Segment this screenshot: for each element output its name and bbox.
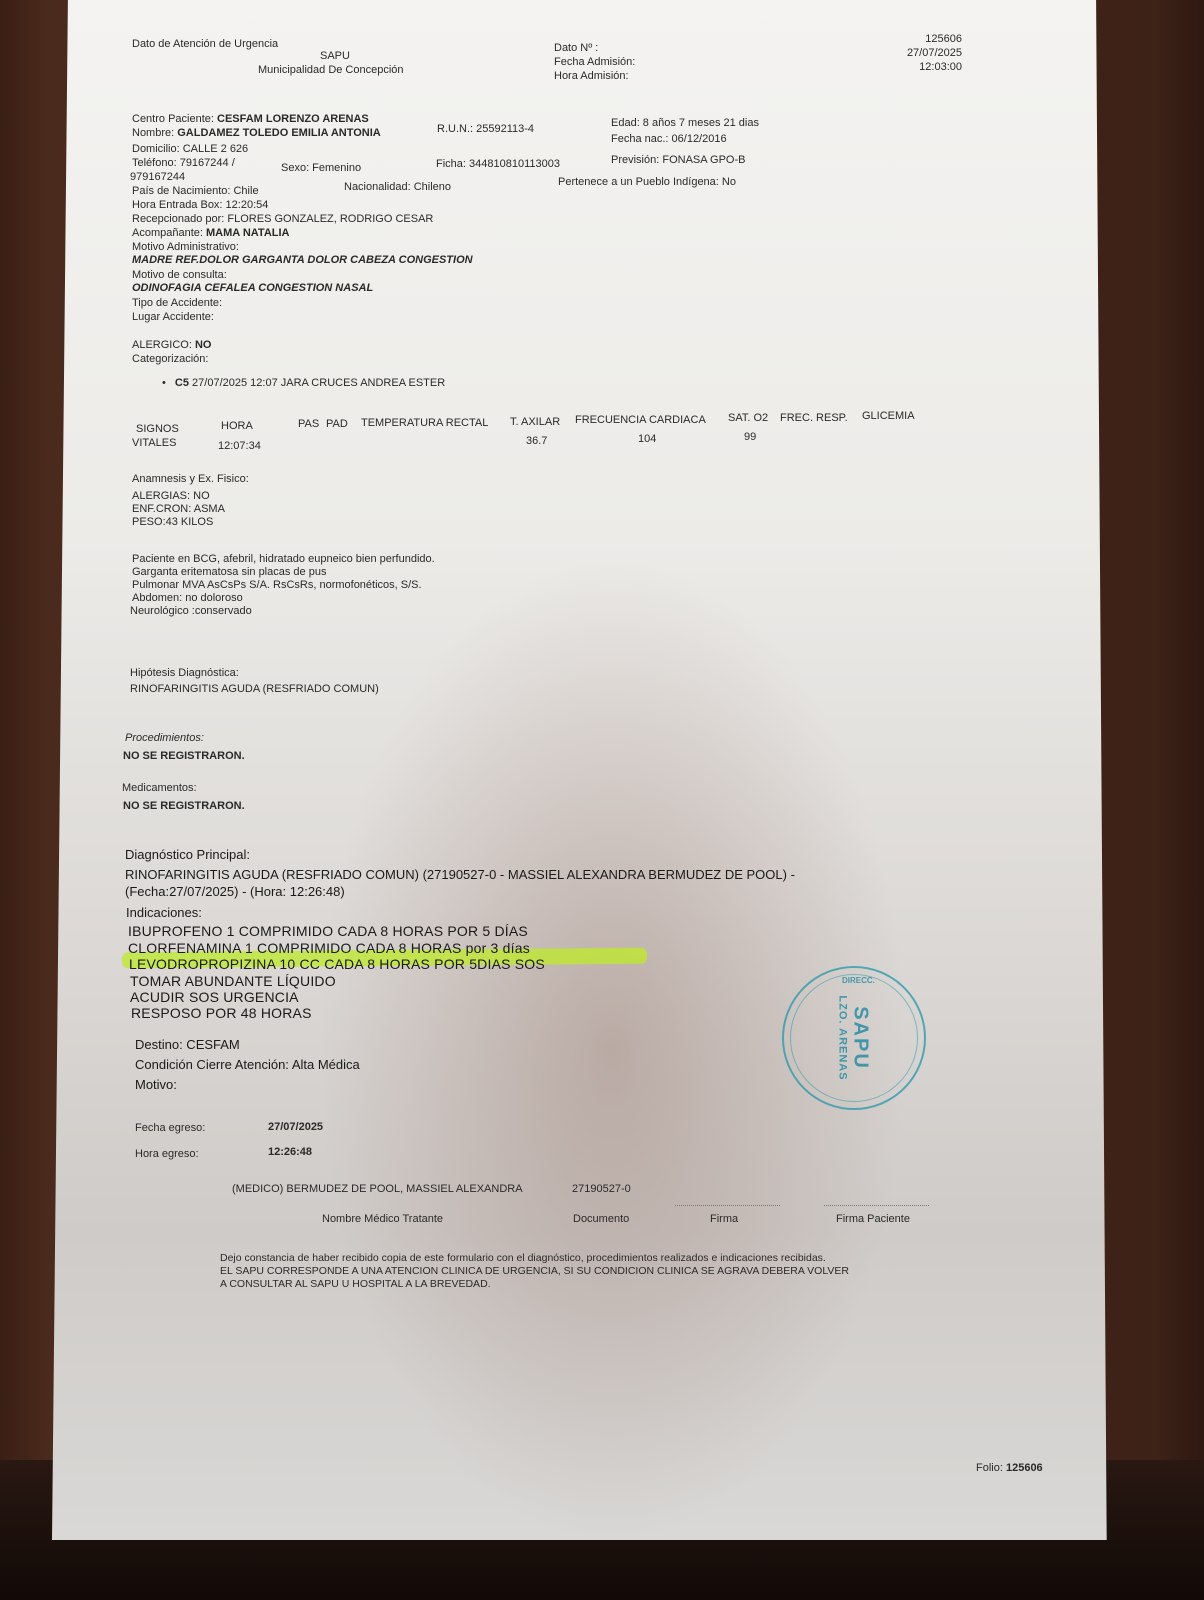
vitals-col-frec-cardiaca: FRECUENCIA CARDIACA bbox=[575, 414, 706, 427]
disclaimer-line-2: EL SAPU CORRESPONDE A UNA ATENCION CLINI… bbox=[220, 1265, 849, 1278]
vitals-col-t-axilar: T. AXILAR bbox=[510, 416, 560, 429]
patient-ficha: Ficha: 344810810113003 bbox=[436, 158, 560, 171]
diagnostico-label: Diagnóstico Principal: bbox=[125, 847, 250, 863]
medico-documento: 27190527-0 bbox=[572, 1183, 631, 1196]
acompanante-value: MAMA NATALIA bbox=[206, 227, 290, 239]
indicacion-item-highlighted: LEVODROPROPIZINA 10 CC CADA 8 HORAS POR … bbox=[129, 956, 545, 972]
alergico-label: ALERGICO: bbox=[132, 339, 192, 351]
folio-label: Folio: bbox=[976, 1462, 1003, 1474]
motivo-consulta-label: Motivo de consulta: bbox=[132, 269, 227, 282]
centro-value: CESFAM LORENZO ARENAS bbox=[217, 113, 369, 125]
centro-label: Centro Paciente: bbox=[132, 113, 214, 125]
anamnesis-label: Anamnesis y Ex. Fisico: bbox=[132, 473, 249, 486]
vitals-col-sat-o2: SAT. O2 bbox=[728, 412, 768, 425]
vitals-col-hora: HORA bbox=[221, 420, 253, 433]
hora-entrada-box: Hora Entrada Box: 12:20:54 bbox=[132, 199, 268, 212]
acompanante: Acompañante: MAMA NATALIA bbox=[132, 227, 290, 240]
hora-admision-value: 12:03:00 bbox=[919, 61, 962, 74]
categorizacion-value: 27/07/2025 12:07 JARA CRUCES ANDREA ESTE… bbox=[192, 377, 445, 389]
indicacion-item: CLORFENAMINA 1 COMPRIMIDO CADA 8 HORAS p… bbox=[128, 940, 530, 956]
motivo-cierre: Motivo: bbox=[135, 1077, 177, 1093]
hora-admision-label: Hora Admisión: bbox=[554, 70, 629, 83]
col-nombre-medico: Nombre Médico Tratante bbox=[322, 1213, 443, 1226]
medicamentos-value: NO SE REGISTRARON. bbox=[123, 800, 245, 813]
patient-pais: País de Nacimiento: Chile bbox=[132, 185, 259, 198]
patient-run: R.U.N.: 25592113-4 bbox=[437, 123, 534, 136]
procedimientos-label: Procedimientos: bbox=[125, 732, 204, 745]
sapu-stamp: DIRECC. SAPU LZO. ARENAS bbox=[782, 966, 926, 1110]
patient-prevision: Previsión: FONASA GPO-B bbox=[611, 154, 745, 167]
patient-edad: Edad: 8 años 7 meses 21 dias bbox=[611, 117, 759, 130]
vitals-hora-value: 12:07:34 bbox=[218, 440, 261, 453]
col-firma-paciente: Firma Paciente bbox=[836, 1213, 910, 1226]
disclaimer-line-1: Dejo constancia de haber recibido copia … bbox=[220, 1252, 826, 1265]
anamnesis-line: PESO:43 KILOS bbox=[132, 516, 213, 529]
diagnostico-line-1: RINOFARINGITIS AGUDA (RESFRIADO COMUN) (… bbox=[125, 867, 795, 883]
indicacion-item: ACUDIR SOS URGENCIA bbox=[130, 989, 299, 1005]
anamnesis-line: ALERGIAS: NO bbox=[132, 490, 210, 503]
motivo-admin-label: Motivo Administrativo: bbox=[132, 241, 239, 254]
folio: Folio: 125606 bbox=[976, 1462, 1043, 1475]
folio-value: 125606 bbox=[1006, 1462, 1043, 1474]
exam-line: Neurológico :conservado bbox=[130, 605, 252, 618]
indicacion-item: RESPOSO POR 48 HORAS bbox=[131, 1005, 312, 1021]
patient-pueblo-indigena: Pertenece a un Pueblo Indígena: No bbox=[558, 176, 736, 189]
diagnostico-line-2: (Fecha:27/07/2025) - (Hora: 12:26:48) bbox=[125, 884, 345, 900]
fecha-egreso-value: 27/07/2025 bbox=[268, 1121, 323, 1134]
condicion-cierre: Condición Cierre Atención: Alta Médica bbox=[135, 1057, 360, 1073]
patient-sexo: Sexo: Femenino bbox=[281, 162, 361, 175]
exam-line: Pulmonar MVA AsCsPs S/A. RsCsRs, normofo… bbox=[132, 579, 422, 592]
patient-name: Nombre: GALDAMEZ TOLEDO EMILIA ANTONIA bbox=[132, 127, 381, 140]
motivo-admin-value: MADRE REF.DOLOR GARGANTA DOLOR CABEZA CO… bbox=[132, 254, 473, 267]
indicacion-item: IBUPROFENO 1 COMPRIMIDO CADA 8 HORAS POR… bbox=[128, 923, 528, 939]
exam-line: Paciente en BCG, afebril, hidratado eupn… bbox=[132, 553, 435, 566]
stamp-sub-text: LZO. ARENAS bbox=[837, 978, 849, 1098]
col-documento: Documento bbox=[573, 1213, 629, 1226]
recepcionado-por: Recepcionado por: FLORES GONZALEZ, RODRI… bbox=[132, 213, 433, 226]
org-name: SAPU bbox=[320, 50, 350, 63]
municipality-name: Municipalidad De Concepción bbox=[258, 64, 404, 77]
disclaimer-line-3: A CONSULTAR AL SAPU U HOSPITAL A LA BREV… bbox=[220, 1278, 491, 1291]
indicacion-item: TOMAR ABUNDANTE LÍQUIDO bbox=[130, 973, 336, 989]
lugar-accidente: Lugar Accidente: bbox=[132, 311, 214, 324]
firma-paciente-line bbox=[824, 1205, 929, 1206]
categorizacion-label: Categorización: bbox=[132, 353, 208, 366]
vitals-col-pad: PAD bbox=[326, 418, 348, 431]
stamp-center: SAPU LZO. ARENAS bbox=[837, 978, 872, 1098]
patient-nacionalidad: Nacionalidad: Chileno bbox=[344, 181, 451, 194]
fecha-admision-label: Fecha Admisión: bbox=[554, 56, 635, 69]
dato-label: Dato Nº : bbox=[554, 42, 598, 55]
patient-telefono-2: 979167244 bbox=[130, 171, 185, 184]
medicamentos-label: Medicamentos: bbox=[122, 782, 197, 795]
categorizacion-entry: C5 27/07/2025 12:07 JARA CRUCES ANDREA E… bbox=[162, 377, 445, 390]
fecha-egreso-label: Fecha egreso: bbox=[135, 1122, 205, 1135]
vitals-col-temp-rectal: TEMPERATURA RECTAL bbox=[361, 417, 488, 430]
dato-value: 125606 bbox=[925, 33, 962, 46]
patient-domicilio: Domicilio: CALLE 2 626 bbox=[132, 143, 248, 156]
vitals-col-pas: PAS bbox=[298, 418, 319, 431]
firma-line bbox=[675, 1205, 780, 1206]
vitals-col-glicemia: GLICEMIA bbox=[862, 410, 915, 423]
hora-egreso-value: 12:26:48 bbox=[268, 1146, 312, 1159]
form-title: Dato de Atención de Urgencia bbox=[132, 38, 278, 51]
col-firma: Firma bbox=[710, 1213, 738, 1226]
hipotesis-label: Hipótesis Diagnóstica: bbox=[130, 667, 239, 680]
vitals-t-axilar-value: 36.7 bbox=[526, 435, 547, 448]
urgency-care-form: Dato de Atención de Urgencia SAPU Munici… bbox=[52, 0, 1112, 1540]
medico-tratante: (MEDICO) BERMUDEZ DE POOL, MASSIEL ALEXA… bbox=[232, 1183, 523, 1196]
exam-line: Abdomen: no doloroso bbox=[132, 592, 243, 605]
motivo-consulta-value: ODINOFAGIA CEFALEA CONGESTION NASAL bbox=[132, 282, 373, 295]
exam-line: Garganta eritematosa sin placas de pus bbox=[132, 566, 326, 579]
fecha-admision-value: 27/07/2025 bbox=[907, 47, 962, 60]
categorizacion-code: C5 bbox=[175, 377, 189, 389]
vitals-frec-cardiaca-value: 104 bbox=[638, 433, 656, 446]
destino: Destino: CESFAM bbox=[135, 1037, 240, 1053]
vitals-label-1: SIGNOS bbox=[136, 423, 179, 436]
tipo-accidente: Tipo de Accidente: bbox=[132, 297, 222, 310]
nombre-label: Nombre: bbox=[132, 127, 174, 139]
stamp-main-text: SAPU bbox=[849, 978, 872, 1098]
nombre-value: GALDAMEZ TOLEDO EMILIA ANTONIA bbox=[177, 127, 381, 139]
centro-paciente: Centro Paciente: CESFAM LORENZO ARENAS bbox=[132, 113, 369, 126]
vitals-sat-o2-value: 99 bbox=[744, 431, 756, 444]
hora-egreso-label: Hora egreso: bbox=[135, 1148, 199, 1161]
hipotesis-value: RINOFARINGITIS AGUDA (RESFRIADO COMUN) bbox=[130, 683, 379, 696]
anamnesis-line: ENF.CRON: ASMA bbox=[132, 503, 225, 516]
alergico-value: NO bbox=[195, 339, 212, 351]
alergico: ALERGICO: NO bbox=[132, 339, 211, 352]
vitals-label-2: VITALES bbox=[132, 437, 176, 450]
acompanante-label: Acompañante: bbox=[132, 227, 203, 239]
patient-fecha-nac: Fecha nac.: 06/12/2016 bbox=[611, 133, 727, 146]
procedimientos-value: NO SE REGISTRARON. bbox=[123, 750, 245, 763]
patient-telefono: Teléfono: 79167244 / bbox=[132, 157, 235, 170]
vitals-col-frec-resp: FREC. RESP. bbox=[780, 412, 848, 425]
indicaciones-label: Indicaciones: bbox=[126, 905, 202, 921]
